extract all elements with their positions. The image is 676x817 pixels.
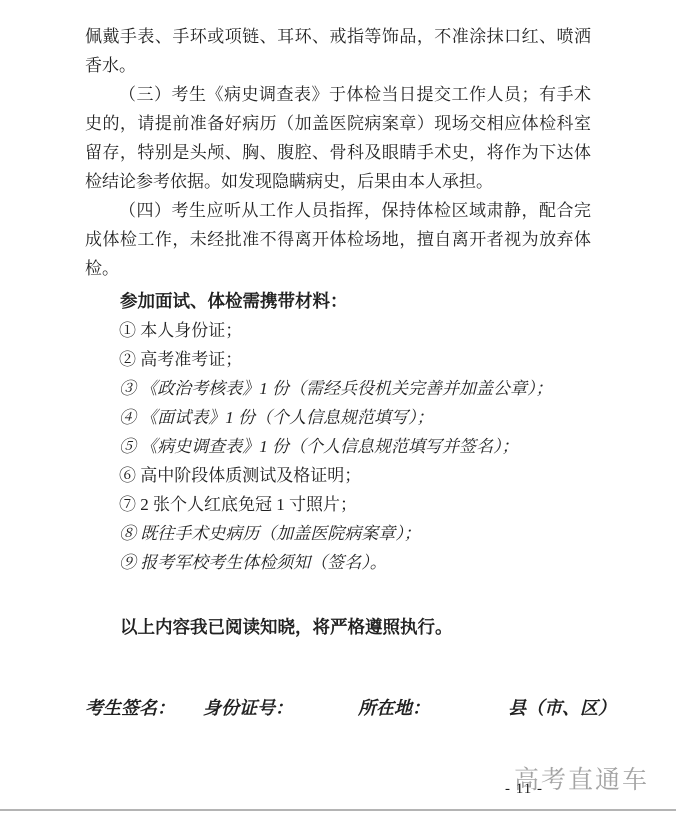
signature-row: 考生签名：身份证号：所在地：县（市、区）: [85, 694, 591, 723]
material-item: ④ 《面试表》1 份（个人信息规范填写）；: [85, 403, 591, 432]
material-item: ⑤ 《病史调查表》1 份（个人信息规范填写并签名）；: [85, 432, 591, 461]
page-number: - 11 -: [505, 781, 543, 798]
signature-label: 考生签名：: [85, 694, 175, 723]
material-item: ⑦ 2 张个人红底免冠 1 寸照片；: [85, 490, 591, 519]
paragraph-line: 佩戴手表、手环或项链、耳环、戒指等饰品，不准涂抹口红、喷洒: [85, 22, 591, 51]
material-item: ⑥ 高中阶段体质测试及格证明；: [85, 461, 591, 490]
signature-label: 县（市、区）: [508, 694, 616, 723]
signature-label: 所在地：: [358, 694, 430, 723]
materials-list: ① 本人身份证；② 高考准考证；③ 《政治考核表》1 份（需经兵役机关完善并加盖…: [85, 316, 591, 577]
document-page: 佩戴手表、手环或项链、耳环、戒指等饰品，不准涂抹口红、喷洒香水。（三）考生《病史…: [0, 0, 676, 817]
material-item: ② 高考准考证；: [85, 345, 591, 374]
body-paragraphs: 佩戴手表、手环或项链、耳环、戒指等饰品，不准涂抹口红、喷洒香水。（三）考生《病史…: [85, 22, 591, 283]
materials-heading: 参加面试、体检需携带材料：: [85, 287, 591, 316]
paragraph-line: 史的，请提前准备好病历（加盖医院病案章）现场交相应体检科室: [85, 109, 591, 138]
paragraph-line: 香水。: [85, 51, 591, 80]
paragraph-line: （四）考生应听从工作人员指挥，保持体检区域肃静，配合完: [85, 196, 591, 225]
paragraph-line: 成体检工作，未经批准不得离开体检场地，擅自离开者视为放弃体: [85, 225, 591, 254]
page-bottom-border: [0, 809, 676, 811]
paragraph-line: （三）考生《病史调查表》于体检当日提交工作人员；有手术: [85, 80, 591, 109]
paragraph-line: 检。: [85, 254, 591, 283]
material-item: ③ 《政治考核表》1 份（需经兵役机关完善并加盖公章）；: [85, 374, 591, 403]
paragraph-line: 检结论参考依据。如发现隐瞒病史，后果由本人承担。: [85, 167, 591, 196]
declaration-statement: 以上内容我已阅读知晓，将严格遵照执行。: [85, 613, 591, 642]
signature-label: 身份证号：: [203, 694, 293, 723]
paragraph-line: 留存，特别是头颅、胸、腹腔、骨科及眼睛手术史，将作为下达体: [85, 138, 591, 167]
material-item: ① 本人身份证；: [85, 316, 591, 345]
document-content: 佩戴手表、手环或项链、耳环、戒指等饰品，不准涂抹口红、喷洒香水。（三）考生《病史…: [85, 22, 591, 723]
material-item: ⑧ 既往手术史病历（加盖医院病案章）；: [85, 519, 591, 548]
material-item: ⑨ 报考军校考生体检须知（签名）。: [85, 548, 591, 577]
